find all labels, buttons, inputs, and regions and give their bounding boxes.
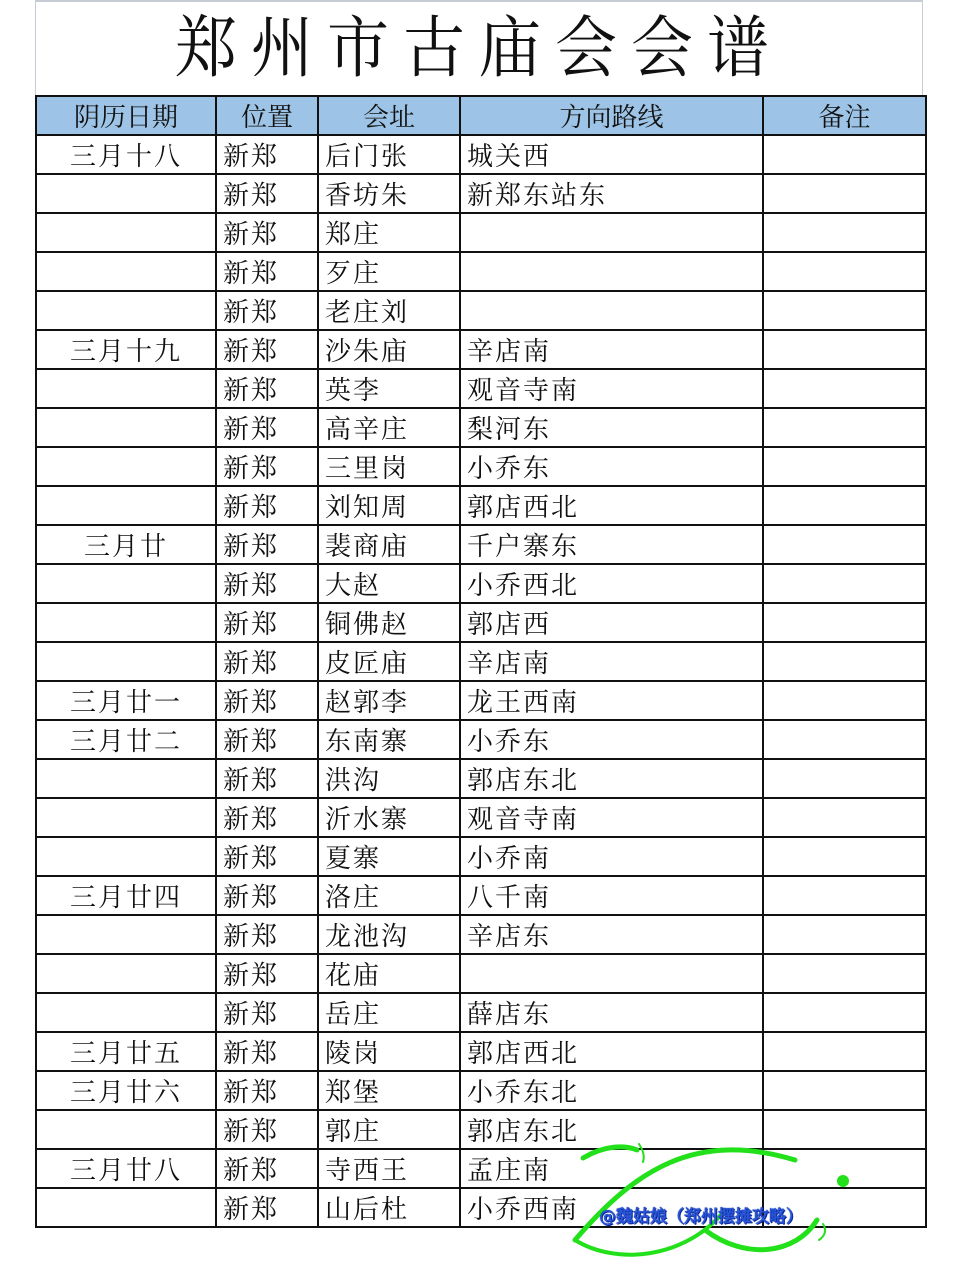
site-cell: 花庙: [318, 954, 460, 993]
note-cell: [763, 1032, 926, 1071]
date-cell: [36, 1110, 216, 1149]
note-cell: [763, 1071, 926, 1110]
location-cell: 新郑: [216, 642, 318, 681]
site-cell: 刘知周: [318, 486, 460, 525]
site-cell: 沙朱庙: [318, 330, 460, 369]
date-cell: [36, 252, 216, 291]
location-cell: 新郑: [216, 1032, 318, 1071]
site-cell: 郑堡: [318, 1071, 460, 1110]
date-cell: [36, 486, 216, 525]
table-row: 新郑皮匠庙辛店南: [36, 642, 926, 681]
date-cell: 三月十八: [36, 135, 216, 174]
route-cell: 新郑东站东: [460, 174, 763, 213]
location-cell: 新郑: [216, 1149, 318, 1188]
date-cell: [36, 954, 216, 993]
location-cell: 新郑: [216, 1188, 318, 1227]
route-cell: 郭店西北: [460, 1032, 763, 1071]
site-cell: 香坊朱: [318, 174, 460, 213]
table-row: 新郑龙池沟辛店东: [36, 915, 926, 954]
table-row: 新郑高辛庄梨河东: [36, 408, 926, 447]
route-cell: 城关西: [460, 135, 763, 174]
route-cell: 辛店东: [460, 915, 763, 954]
note-cell: [763, 837, 926, 876]
date-cell: 三月廿: [36, 525, 216, 564]
spreadsheet: 郑州市古庙会会谱 阴历日期 位置 会址 方向路线 备注 三月十八新郑后门张城关西…: [35, 0, 925, 1280]
table-row: 三月十九新郑沙朱庙辛店南: [36, 330, 926, 369]
note-cell: [763, 954, 926, 993]
route-cell: 小乔西南: [460, 1188, 763, 1227]
location-cell: 新郑: [216, 330, 318, 369]
page-title: 郑州市古庙会会谱: [36, 0, 922, 87]
route-cell: 孟庄南: [460, 1149, 763, 1188]
location-cell: 新郑: [216, 369, 318, 408]
table-row: 新郑夏寨小乔南: [36, 837, 926, 876]
site-cell: 山后杜: [318, 1188, 460, 1227]
note-cell: [763, 291, 926, 330]
table-row: 新郑老庄刘: [36, 291, 926, 330]
table-row: 新郑郑庄: [36, 213, 926, 252]
location-cell: 新郑: [216, 486, 318, 525]
table-row: 三月廿五新郑陵岗郭店西北: [36, 1032, 926, 1071]
route-cell: 郭店东北: [460, 1110, 763, 1149]
note-cell: [763, 135, 926, 174]
column-header-site: 会址: [318, 96, 460, 135]
table-row: 新郑香坊朱新郑东站东: [36, 174, 926, 213]
location-cell: 新郑: [216, 798, 318, 837]
site-cell: 洪沟: [318, 759, 460, 798]
note-cell: [763, 1188, 926, 1227]
table-row: 新郑刘知周郭店西北: [36, 486, 926, 525]
route-cell: [460, 291, 763, 330]
route-cell: 小乔东: [460, 447, 763, 486]
location-cell: 新郑: [216, 720, 318, 759]
location-cell: 新郑: [216, 525, 318, 564]
date-cell: [36, 291, 216, 330]
date-cell: 三月十九: [36, 330, 216, 369]
location-cell: 新郑: [216, 564, 318, 603]
site-cell: 寺西王: [318, 1149, 460, 1188]
location-cell: 新郑: [216, 837, 318, 876]
date-cell: [36, 564, 216, 603]
date-cell: [36, 213, 216, 252]
note-cell: [763, 915, 926, 954]
date-cell: [36, 1188, 216, 1227]
table-row: 三月十八新郑后门张城关西: [36, 135, 926, 174]
table-row: 新郑岳庄薛店东: [36, 993, 926, 1032]
site-cell: 老庄刘: [318, 291, 460, 330]
table-row: 新郑大赵小乔西北: [36, 564, 926, 603]
column-header-route: 方向路线: [460, 96, 763, 135]
table-row: 新郑歹庄: [36, 252, 926, 291]
location-cell: 新郑: [216, 759, 318, 798]
site-cell: 东南寨: [318, 720, 460, 759]
location-cell: 新郑: [216, 1110, 318, 1149]
site-cell: 岳庄: [318, 993, 460, 1032]
note-cell: [763, 564, 926, 603]
date-cell: 三月廿八: [36, 1149, 216, 1188]
route-cell: 小乔西北: [460, 564, 763, 603]
note-cell: [763, 993, 926, 1032]
date-cell: [36, 759, 216, 798]
note-cell: [763, 603, 926, 642]
site-cell: 大赵: [318, 564, 460, 603]
date-cell: [36, 447, 216, 486]
date-cell: [36, 603, 216, 642]
note-cell: [763, 1149, 926, 1188]
route-cell: 龙王西南: [460, 681, 763, 720]
location-cell: 新郑: [216, 1071, 318, 1110]
site-cell: 后门张: [318, 135, 460, 174]
note-cell: [763, 213, 926, 252]
date-cell: [36, 993, 216, 1032]
column-header-note: 备注: [763, 96, 926, 135]
column-header-location: 位置: [216, 96, 318, 135]
temple-fair-table: 阴历日期 位置 会址 方向路线 备注 三月十八新郑后门张城关西新郑香坊朱新郑东站…: [35, 95, 927, 1228]
route-cell: 观音寺南: [460, 798, 763, 837]
site-cell: 皮匠庙: [318, 642, 460, 681]
date-cell: [36, 369, 216, 408]
route-cell: 辛店南: [460, 330, 763, 369]
site-cell: 赵郭李: [318, 681, 460, 720]
site-cell: 夏寨: [318, 837, 460, 876]
note-cell: [763, 174, 926, 213]
site-cell: 沂水寨: [318, 798, 460, 837]
table-row: 新郑花庙: [36, 954, 926, 993]
table-row: 三月廿一新郑赵郭李龙王西南: [36, 681, 926, 720]
note-cell: [763, 720, 926, 759]
route-cell: [460, 252, 763, 291]
table-row: 三月廿新郑裴商庙千户寨东: [36, 525, 926, 564]
date-cell: [36, 642, 216, 681]
table-row: 新郑三里岗小乔东: [36, 447, 926, 486]
route-cell: 小乔东: [460, 720, 763, 759]
site-cell: 高辛庄: [318, 408, 460, 447]
site-cell: 裴商庙: [318, 525, 460, 564]
table-row: 新郑铜佛赵郭店西: [36, 603, 926, 642]
note-cell: [763, 486, 926, 525]
date-cell: 三月廿二: [36, 720, 216, 759]
header-row: 阴历日期 位置 会址 方向路线 备注: [36, 96, 926, 135]
route-cell: 小乔南: [460, 837, 763, 876]
date-cell: [36, 798, 216, 837]
site-cell: 郑庄: [318, 213, 460, 252]
note-cell: [763, 330, 926, 369]
route-cell: 郭店西: [460, 603, 763, 642]
note-cell: [763, 408, 926, 447]
date-cell: 三月廿六: [36, 1071, 216, 1110]
table-row: 新郑沂水寨观音寺南: [36, 798, 926, 837]
date-cell: 三月廿五: [36, 1032, 216, 1071]
note-cell: [763, 525, 926, 564]
note-cell: [763, 447, 926, 486]
column-header-lunar-date: 阴历日期: [36, 96, 216, 135]
location-cell: 新郑: [216, 213, 318, 252]
location-cell: 新郑: [216, 408, 318, 447]
location-cell: 新郑: [216, 603, 318, 642]
table-row: 新郑英李观音寺南: [36, 369, 926, 408]
location-cell: 新郑: [216, 954, 318, 993]
route-cell: 郭店东北: [460, 759, 763, 798]
table-row: 三月廿八新郑寺西王孟庄南: [36, 1149, 926, 1188]
location-cell: 新郑: [216, 447, 318, 486]
note-cell: [763, 798, 926, 837]
date-cell: [36, 837, 216, 876]
route-cell: 薛店东: [460, 993, 763, 1032]
table-row: 新郑郭庄郭店东北: [36, 1110, 926, 1149]
note-cell: [763, 642, 926, 681]
route-cell: 八千南: [460, 876, 763, 915]
note-cell: [763, 681, 926, 720]
location-cell: 新郑: [216, 291, 318, 330]
site-cell: 陵岗: [318, 1032, 460, 1071]
location-cell: 新郑: [216, 174, 318, 213]
site-cell: 郭庄: [318, 1110, 460, 1149]
route-cell: 小乔东北: [460, 1071, 763, 1110]
site-cell: 歹庄: [318, 252, 460, 291]
location-cell: 新郑: [216, 993, 318, 1032]
title-band: 郑州市古庙会会谱: [35, 0, 923, 95]
site-cell: 三里岗: [318, 447, 460, 486]
date-cell: 三月廿四: [36, 876, 216, 915]
table-row: 三月廿二新郑东南寨小乔东: [36, 720, 926, 759]
table-row: 三月廿四新郑洛庄八千南: [36, 876, 926, 915]
route-cell: [460, 213, 763, 252]
table-row: 新郑山后杜小乔西南: [36, 1188, 926, 1227]
note-cell: [763, 759, 926, 798]
route-cell: 辛店南: [460, 642, 763, 681]
note-cell: [763, 252, 926, 291]
date-cell: [36, 174, 216, 213]
location-cell: 新郑: [216, 876, 318, 915]
note-cell: [763, 876, 926, 915]
table-body: 三月十八新郑后门张城关西新郑香坊朱新郑东站东新郑郑庄新郑歹庄新郑老庄刘三月十九新…: [36, 135, 926, 1227]
site-cell: 英李: [318, 369, 460, 408]
table-row: 三月廿六新郑郑堡小乔东北: [36, 1071, 926, 1110]
route-cell: 梨河东: [460, 408, 763, 447]
note-cell: [763, 369, 926, 408]
date-cell: [36, 915, 216, 954]
route-cell: 郭店西北: [460, 486, 763, 525]
table-row: 新郑洪沟郭店东北: [36, 759, 926, 798]
route-cell: [460, 954, 763, 993]
site-cell: 洛庄: [318, 876, 460, 915]
date-cell: 三月廿一: [36, 681, 216, 720]
note-cell: [763, 1110, 926, 1149]
route-cell: 观音寺南: [460, 369, 763, 408]
route-cell: 千户寨东: [460, 525, 763, 564]
location-cell: 新郑: [216, 252, 318, 291]
location-cell: 新郑: [216, 135, 318, 174]
location-cell: 新郑: [216, 681, 318, 720]
site-cell: 铜佛赵: [318, 603, 460, 642]
date-cell: [36, 408, 216, 447]
site-cell: 龙池沟: [318, 915, 460, 954]
location-cell: 新郑: [216, 915, 318, 954]
